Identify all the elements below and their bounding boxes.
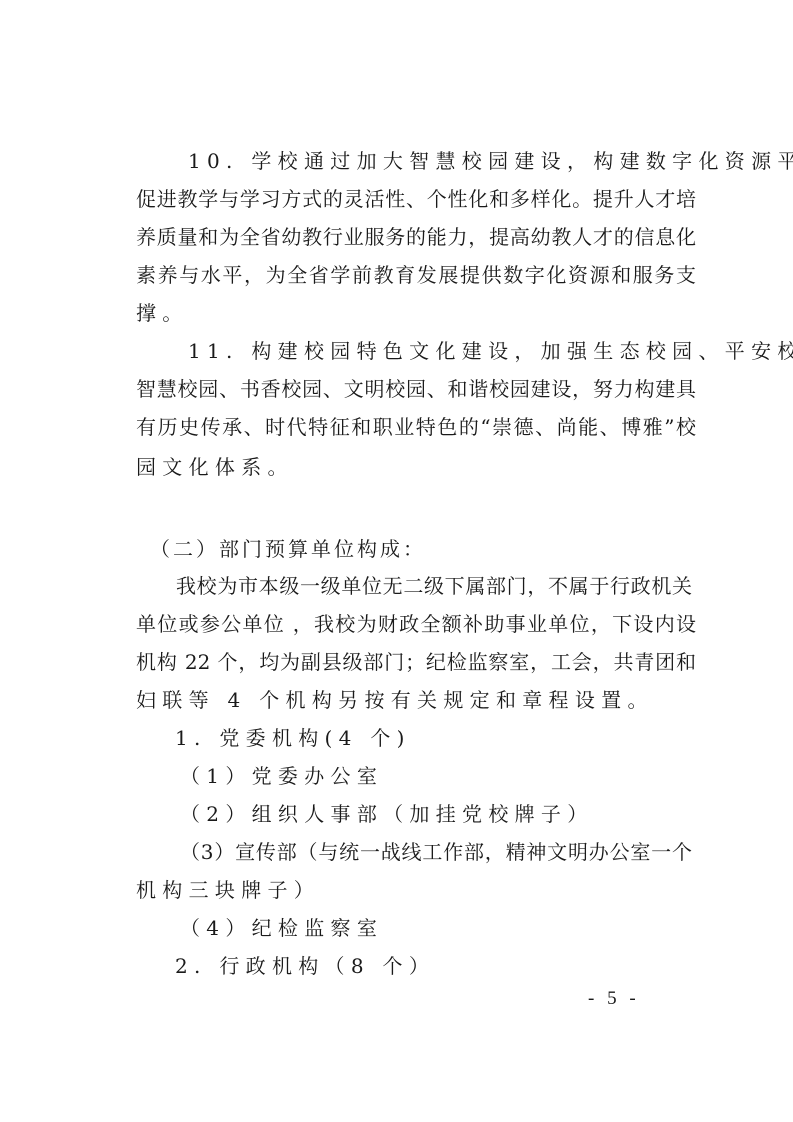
text-line: 养质量和为全省幼教行业服务的能力，提高幼教人才的信息化	[136, 224, 696, 250]
list-item: （4）纪检监察室	[180, 915, 740, 941]
text-line: 11. 构建校园特色文化建设，加强生态校园、平安校园、	[188, 338, 692, 364]
text-line: 素养与水平，为全省学前教育发展提供数字化资源和服务支	[136, 262, 696, 288]
text-line: 有历史传承、时代特征和职业特色的“崇德、尚能、博雅”校	[136, 414, 696, 440]
page-number: - 5 -	[588, 988, 640, 1010]
text-line: 我校为市本级一级单位无二级下属部门，不属于行政机关	[176, 573, 692, 599]
text-line: 促进教学与学习方式的灵活性、个性化和多样化。提升人才培	[136, 186, 696, 212]
text-line: 单位或参公单位 ，我校为财政全额补助事业单位，下设内设	[136, 611, 696, 637]
text-line: 园文化体系。	[136, 454, 696, 480]
text-line: 机构 22 个，均为副县级部门；纪检监察室，工会，共青团和	[136, 649, 696, 675]
list-item-continuation: 机构三块牌子）	[136, 877, 696, 903]
text-line: 10. 学校通过加大智慧校园建设，构建数字化资源平台，	[188, 148, 692, 174]
text-line: 撑。	[136, 300, 696, 326]
section-heading: （二）部门预算单位构成：	[150, 536, 710, 562]
list-group-title: 1. 党委机构(4 个)	[175, 725, 735, 751]
text-line: 智慧校园、书香校园、文明校园、和谐校园建设，努力构建具	[136, 376, 696, 402]
list-group-title: 2. 行政机构（8 个）	[175, 953, 735, 979]
text-line: 妇联等 4 个机构另按有关规定和章程设置。	[136, 687, 696, 713]
list-item: （1）党委办公室	[180, 763, 740, 789]
list-item: （2）组织人事部（加挂党校牌子）	[180, 801, 740, 827]
list-item: （3）宣传部（与统一战线工作部，精神文明办公室一个	[180, 839, 692, 865]
